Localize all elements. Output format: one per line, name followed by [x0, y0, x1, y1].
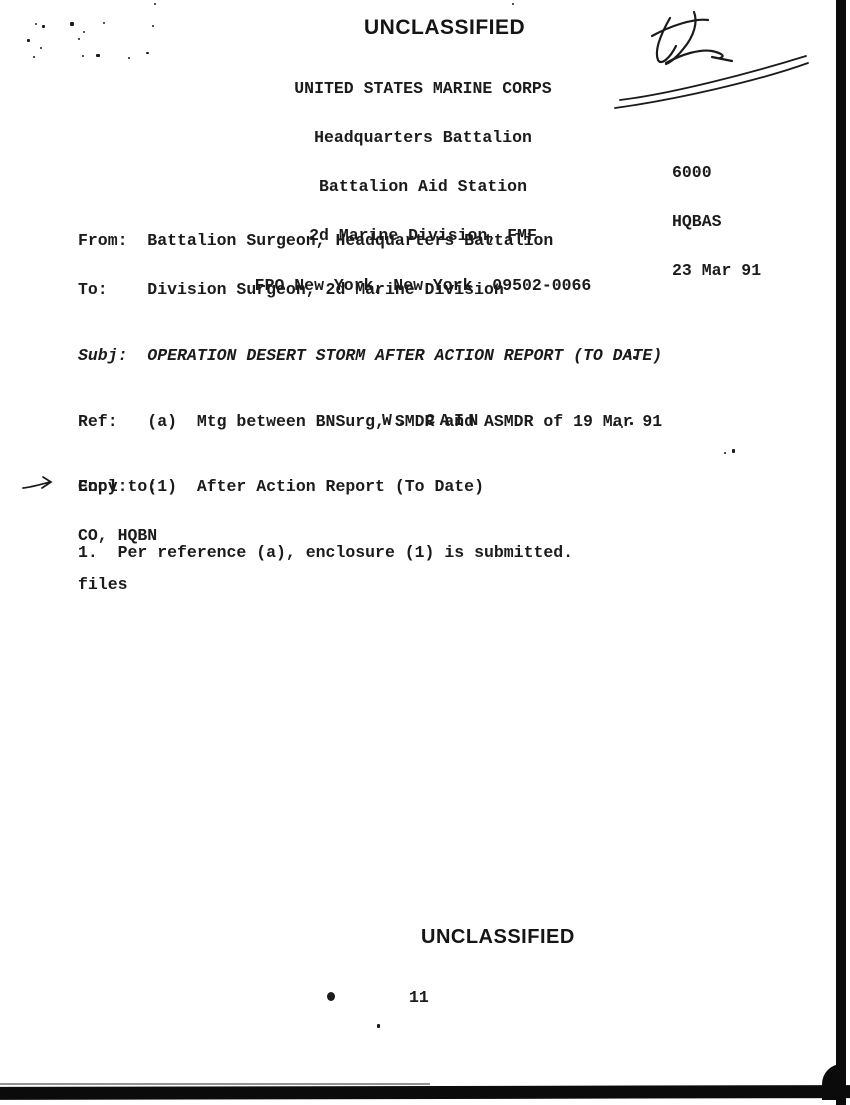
subject-line: Subj: OPERATION DESERT STORM AFTER ACTIO… [78, 348, 662, 364]
scan-speck [103, 22, 105, 24]
memo-body: From: Battalion Surgeon, Headquarters Ba… [78, 200, 662, 595]
letterhead-line-battalion: Headquarters Battalion [195, 130, 651, 146]
scan-speck [152, 25, 154, 27]
letterhead-line-org: UNITED STATES MARINE CORPS [195, 81, 651, 97]
scan-speck [96, 54, 100, 57]
ref-line: Ref: (a) Mtg between BNSurg, SMDR and AS… [78, 414, 662, 430]
copy-recipient-co-hqbn: CO, HQBN [78, 528, 157, 544]
encl-line: Encl: (1) After Action Report (To Date) [78, 479, 662, 495]
signature-name: W. CAIN [382, 413, 483, 429]
scan-edge-bottom [0, 1085, 850, 1100]
from-line: From: Battalion Surgeon, Headquarters Ba… [78, 233, 662, 249]
scan-speck [83, 31, 85, 33]
copy-recipient-files: files [78, 577, 157, 593]
ink-speck [724, 452, 726, 454]
date: 23 Mar 91 [672, 263, 761, 279]
memo-page: UNCLASSIFIED UNITED STATES MARINE CORPS … [0, 0, 850, 1105]
scan-speck [146, 52, 149, 54]
office-code: HQBAS [672, 214, 761, 230]
ink-speck [377, 1024, 380, 1028]
scan-speck [128, 57, 130, 59]
scan-speck [78, 38, 80, 40]
copy-to-block: Copy to: CO, HQBN files [78, 446, 157, 626]
scan-edge-line [0, 1083, 430, 1085]
ink-speck [613, 424, 615, 426]
bullet-artifact [327, 992, 335, 1001]
scan-speck [40, 47, 42, 49]
copy-to-label: Copy to: [78, 479, 157, 495]
ink-speck [633, 356, 636, 359]
scan-speck [512, 3, 514, 5]
scan-speck [70, 22, 74, 26]
scan-speck [42, 25, 45, 28]
page-number: 11 [409, 990, 429, 1006]
ink-speck [630, 422, 633, 425]
ink-speck [732, 449, 735, 453]
scan-speck [82, 55, 84, 57]
classification-top-label: UNCLASSIFIED [364, 16, 525, 40]
ink-speck [628, 351, 631, 355]
handwritten-signature-scribble-icon [608, 6, 824, 118]
scan-speck [27, 39, 30, 42]
classification-bottom-label: UNCLASSIFIED [421, 926, 575, 949]
id-block: 6000 HQBAS 23 Mar 91 [672, 132, 761, 312]
paragraph-1: 1. Per reference (a), enclosure (1) is s… [78, 545, 662, 561]
letterhead-line-aid-station: Battalion Aid Station [195, 179, 651, 195]
scan-edge-right [836, 0, 846, 1105]
scan-speck [35, 23, 37, 25]
handwritten-arrow-icon [20, 475, 58, 495]
scan-speck [33, 56, 35, 58]
scan-speck [154, 3, 156, 5]
to-line: To: Division Surgeon, 2d Marine Division [78, 282, 662, 298]
ink-speck [621, 426, 623, 428]
ssic-code: 6000 [672, 165, 761, 181]
